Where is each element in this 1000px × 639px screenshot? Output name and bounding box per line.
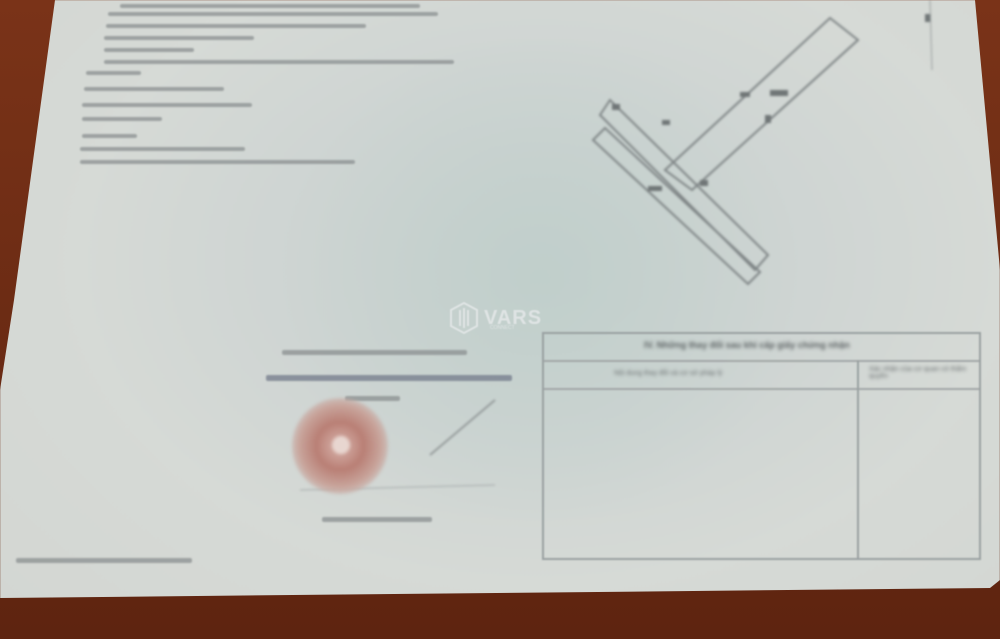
- signature-place-date: [282, 350, 467, 355]
- vars-watermark: VARS CONNECT: [450, 302, 542, 334]
- signature-authority: [266, 375, 512, 381]
- vars-logo-icon: [450, 302, 478, 334]
- changes-table-title: IV. Những thay đổi sau khi cấp giấy chứn…: [644, 340, 850, 350]
- signer-name: [322, 517, 432, 522]
- seal-emblem: [332, 436, 350, 454]
- column-header-content: Nội dung thay đổi và cơ sở pháp lý: [614, 370, 722, 377]
- watermark-tagline: CONNECT: [490, 325, 515, 331]
- column-divider: [857, 360, 859, 558]
- changes-table: IV. Những thay đổi sau khi cấp giấy chứn…: [542, 332, 981, 560]
- column-header-confirmation: Xác nhận của cơ quan có thẩm quyền: [869, 366, 969, 380]
- certificate-page: IV. Những thay đổi sau khi cấp giấy chứn…: [0, 0, 1000, 639]
- certificate-footer-code: [16, 558, 192, 563]
